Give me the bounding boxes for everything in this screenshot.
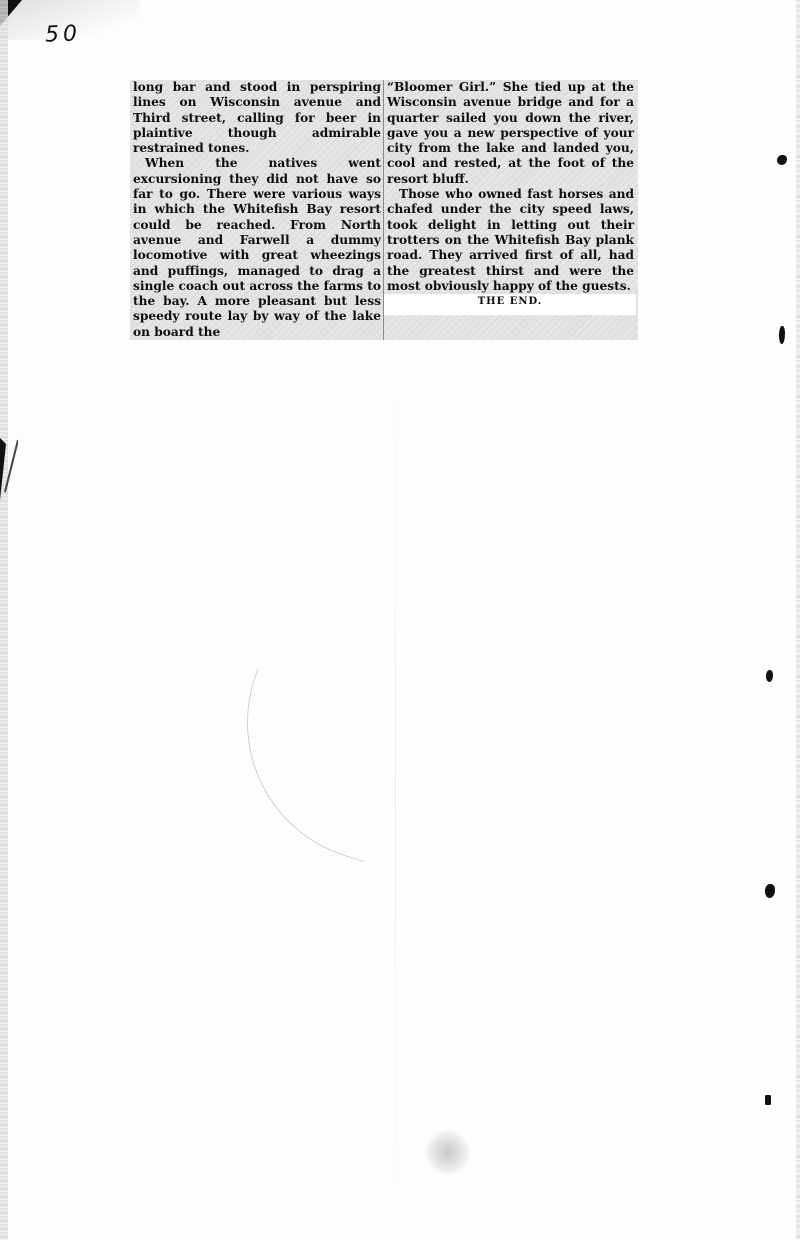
ink-blot <box>779 326 785 344</box>
the-end-label: THE END. <box>384 294 636 315</box>
ink-blot <box>777 155 787 165</box>
scan-smudge <box>425 1130 470 1175</box>
scan-edge-mark <box>0 430 18 500</box>
scan-right-edge <box>796 0 800 1240</box>
scan-left-edge <box>0 0 8 1240</box>
scanned-page: 50 long bar and stood in perspiring line… <box>0 0 800 1240</box>
ink-blot <box>766 670 773 682</box>
paragraph: Those who owned fast horses and chafed u… <box>387 187 634 294</box>
faint-pencil-arc <box>211 669 411 862</box>
paragraph: long bar and stood in perspiring lines o… <box>133 80 381 156</box>
ink-blot <box>765 884 775 898</box>
ink-blot <box>765 1095 771 1105</box>
clipping-column-left: long bar and stood in perspiring lines o… <box>130 80 383 340</box>
closing-wrap: THE END. <box>384 294 636 315</box>
clipping-column-right: “Bloomer Girl.” She tied up at the Wisco… <box>383 80 636 340</box>
newspaper-clipping: long bar and stood in perspiring lines o… <box>130 80 638 340</box>
paragraph: “Bloomer Girl.” She tied up at the Wisco… <box>387 80 634 187</box>
page-fold-line <box>395 340 396 1240</box>
handwritten-page-number: 50 <box>45 21 82 47</box>
paragraph: When the natives went excursioning they … <box>133 156 381 340</box>
